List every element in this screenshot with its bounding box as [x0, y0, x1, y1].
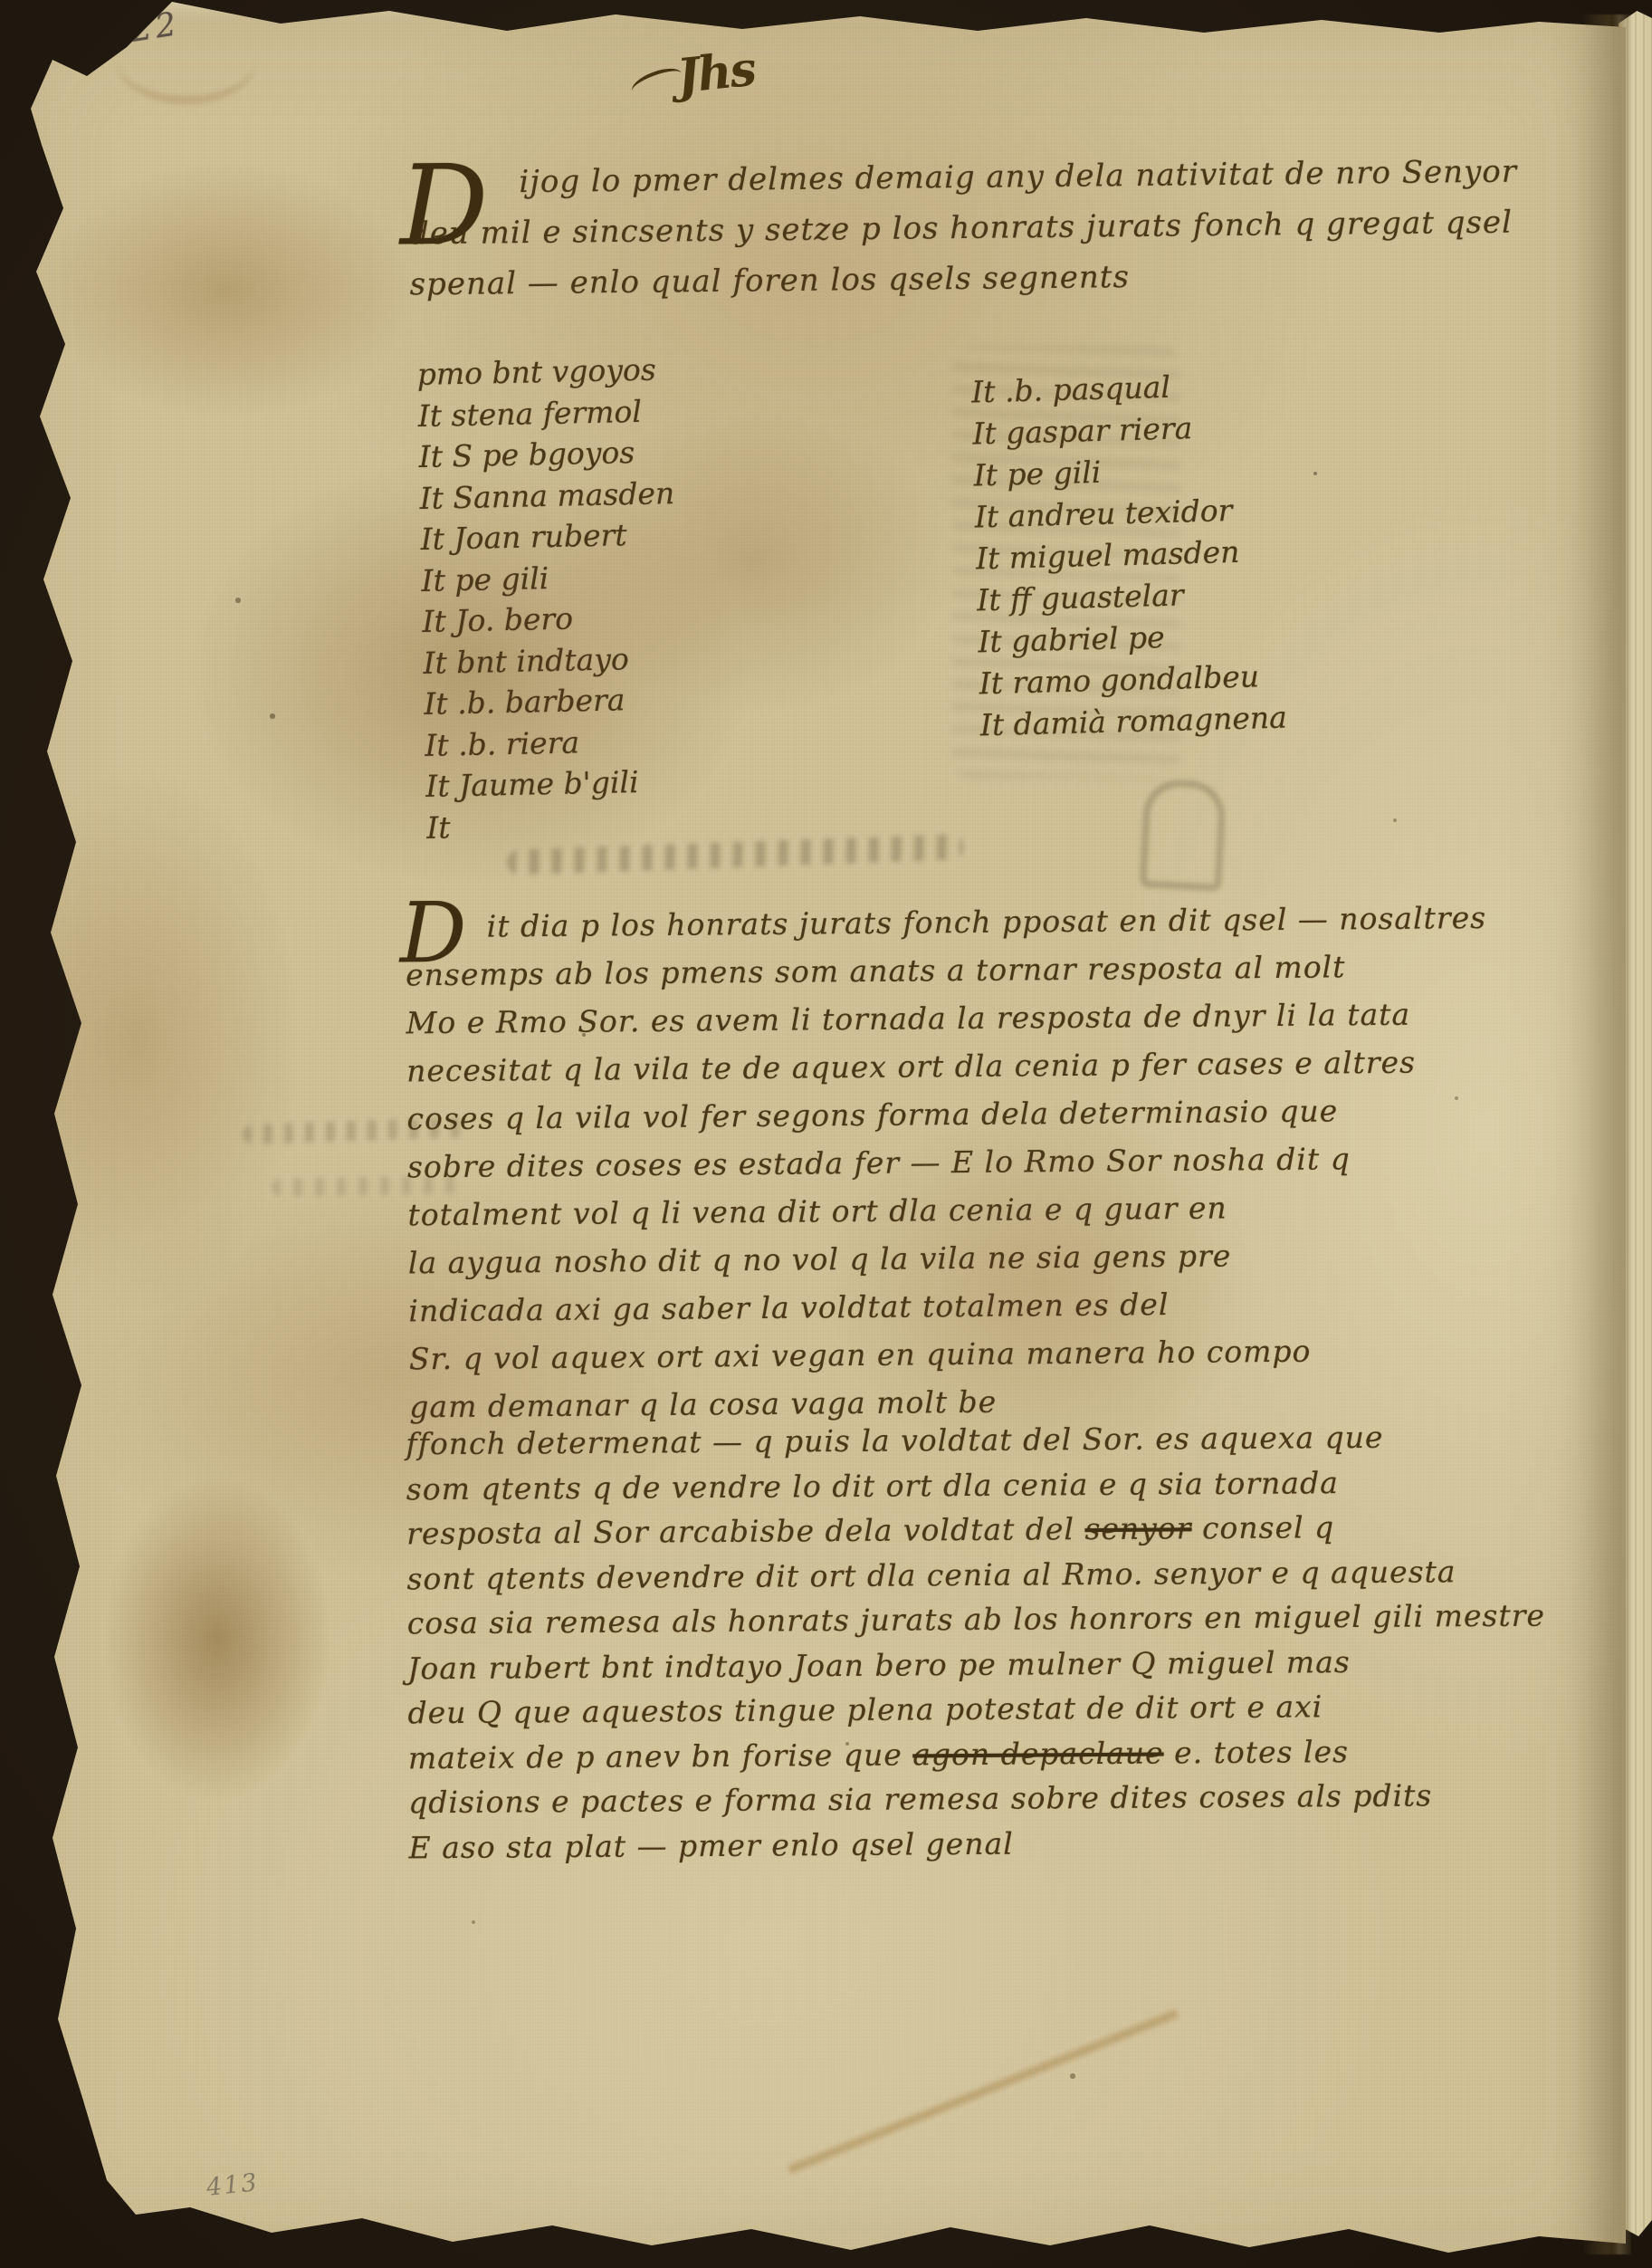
- manuscript-line: qdisions e pactes e forma sia remesa sob…: [408, 1773, 1531, 1825]
- attendee-list-right: It .b. pasqual It gaspar riera It pe gil…: [971, 364, 1288, 747]
- attendee-item: It bnt indtayo: [423, 637, 678, 684]
- attendee-item: It: [426, 802, 682, 848]
- line-segment: resposta al Sor arcabisbe dela voldtat d…: [406, 1511, 1085, 1551]
- manuscript-line: E aso sta plat — pmer enlo qsel genal: [408, 1817, 1531, 1870]
- manuscript-line: spenal — enlo qual foren los qsels segne…: [409, 248, 1514, 311]
- attendee-item: It stena fermol: [417, 390, 673, 436]
- manuscript-line: sobre dites coses es estada fer — E lo R…: [407, 1134, 1516, 1191]
- bleed-through-ghost: [1140, 779, 1227, 892]
- line-segment: e. totes les: [1163, 1734, 1349, 1770]
- manuscript-line: resposta al Sor arcabisbe dela voldtat d…: [406, 1504, 1529, 1556]
- manuscript-line: sont qtents devendre dit ort dla cenia a…: [406, 1548, 1529, 1601]
- attendee-item: It Sanna masden: [419, 473, 674, 519]
- manuscript-line: deu Q que aquestos tingue plena potestat…: [407, 1683, 1530, 1736]
- attendee-item: It .b. barbera: [424, 678, 679, 724]
- page-sheet: 522 Jhs D ijog lo pmer delmes demaig any…: [0, 0, 1626, 2268]
- paragraph-initial: D: [399, 892, 468, 976]
- attendee-item: It damià romagnena: [979, 697, 1287, 747]
- resolution-paragraph: ffonch determenat — q puis la voldtat de…: [406, 1414, 1531, 1871]
- opening-paragraph: D ijog lo pmer delmes demaig any dela na…: [408, 147, 1514, 311]
- attendee-item: pmo bnt vgoyos: [416, 349, 672, 395]
- manuscript-line: necesitat q la vila te de aquex ort dla …: [406, 1038, 1515, 1096]
- pencil-folio-number: 413: [205, 2168, 260, 2202]
- ihs-monogram: Jhs: [674, 42, 758, 105]
- manuscript-scan: 522 Jhs D ijog lo pmer delmes demaig any…: [0, 0, 1652, 2268]
- stain-streak: [788, 2009, 1179, 2173]
- attendee-item: It Jaume b'gili: [425, 761, 681, 807]
- strikethrough-text: agon depaclaue: [912, 1735, 1164, 1772]
- attendee-item: It S pe bgoyos: [418, 431, 673, 477]
- attendee-item: It .b. riera: [425, 720, 680, 766]
- stain-ring: [116, 13, 257, 104]
- manuscript-line: mateix de p anev bn forise que agon depa…: [408, 1727, 1531, 1780]
- deliberation-paragraph: D it dia p los honrats jurats fonch ppos…: [405, 894, 1518, 1431]
- manuscript-line: Joan rubert bnt indtayo Joan bero pe mul…: [407, 1638, 1530, 1690]
- ink-speckles: [0, 0, 2, 2]
- manuscript-line: som qtents q de vendre lo dit ort dla ce…: [406, 1459, 1529, 1511]
- attendee-item: It Jo. bero: [422, 596, 677, 642]
- strikethrough-text: senyor: [1084, 1510, 1191, 1546]
- manuscript-line: ffonch determenat — q puis la voldtat de…: [406, 1414, 1528, 1467]
- line-segment: mateix de p anev bn forise que: [408, 1737, 913, 1775]
- illuminated-initial: D: [399, 149, 490, 261]
- manuscript-line: cosa sia remesa als honrats jurats ab lo…: [407, 1593, 1530, 1646]
- attendee-item: It pe gili: [421, 555, 676, 601]
- attendee-item: It Joan rubert: [420, 513, 675, 560]
- attendee-list-left: pmo bnt vgoyos It stena fermol It S pe b…: [416, 349, 682, 848]
- attendee-item: It miguel masden: [975, 531, 1283, 580]
- line-segment: consel q: [1191, 1509, 1334, 1545]
- manuscript-line: it dia p los honrats jurats fonch pposat…: [405, 894, 1514, 952]
